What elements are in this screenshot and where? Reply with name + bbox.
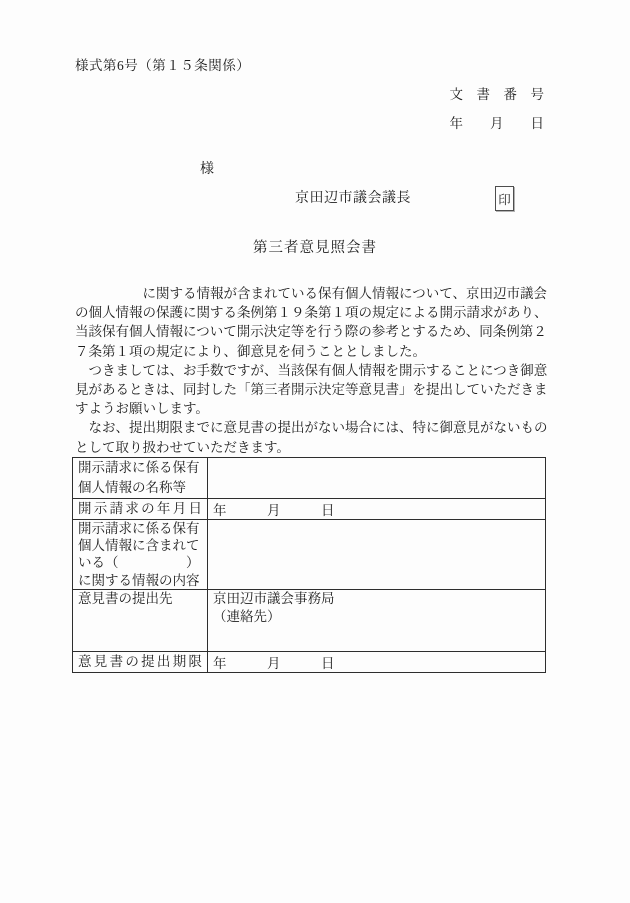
row-label-line: に関する情報の内容 (78, 572, 202, 589)
seal-character: 印 (498, 190, 511, 208)
row-label-line: 開示請求に係る保有 (78, 458, 202, 478)
addressee-suffix: 様 (200, 158, 214, 178)
row-value-line: 京田辺市議会事務局 (213, 590, 540, 609)
doc-number-line: 文 書 番 号 (450, 80, 545, 109)
body-line: 当該保有個人情報について開示決定等を行う際の参考とするため、同条例第２ (75, 322, 557, 341)
body-line: の個人情報の保護に関する条例第１９条第１項の規定による開示請求があり、 (75, 303, 557, 322)
inquiry-details-table: 開示請求に係る保有 個人情報の名称等 開示請求の年月日 年 月 日 開示請求に係… (72, 457, 546, 673)
body-line: に関する情報が含まれている保有個人情報について、京田辺市議会 (75, 284, 557, 303)
table-row: 開示請求に係る保有 個人情報の名称等 (73, 458, 546, 499)
table-row: 意見書の提出期限 年 月 日 (73, 651, 546, 672)
row-label-line: 意見書の提出期限 (78, 652, 202, 672)
row-label-line: 開示請求の年月日 (78, 499, 202, 519)
row-value-cell: 年 月 日 (208, 651, 546, 672)
page-title: 第三者意見照会書 (0, 236, 630, 257)
table-row: 意見書の提出先 京田辺市議会事務局 （連絡先） (73, 589, 546, 651)
form-number: 様式第6号（第１５条関係） (75, 54, 250, 74)
body-line: ７条第１項の規定により、御意見を伺うこととしました。 (75, 342, 557, 361)
row-label-line: いる（ ） (78, 554, 202, 571)
document-page: 様式第6号（第１５条関係） 文 書 番 号 年 月 日 様 京田辺市議会議長 印… (0, 0, 630, 903)
table-row: 開示請求に係る保有 個人情報に含まれて いる（ ） に関する情報の内容 (73, 520, 546, 590)
row-label-line: 個人情報に含まれて (78, 537, 202, 554)
body-line: として取り扱わせていただきます。 (75, 438, 557, 457)
row-label-line: 個人情報の名称等 (78, 478, 202, 498)
row-label-cell: 意見書の提出先 (73, 589, 208, 651)
row-value-cell (208, 520, 546, 590)
table-row: 開示請求の年月日 年 月 日 (73, 499, 546, 520)
row-label-line: 意見書の提出先 (78, 590, 202, 609)
sender-name: 京田辺市議会議長 (295, 187, 411, 207)
row-value-cell: 京田辺市議会事務局 （連絡先） (208, 589, 546, 651)
seal-placeholder-box: 印 (495, 186, 514, 211)
row-label-cell: 開示請求に係る保有 個人情報の名称等 (73, 458, 208, 499)
row-value-cell: 年 月 日 (208, 499, 546, 520)
row-label-cell: 開示請求の年月日 (73, 499, 208, 520)
body-line: つきましては、お手数ですが、当該保有個人情報を開示することにつき御意 (75, 361, 557, 380)
row-value-cell (208, 458, 546, 499)
body-line: なお、提出期限までに意見書の提出がない場合には、特に御意見がないもの (75, 418, 557, 437)
doc-date-line: 年 月 日 (450, 109, 545, 138)
document-meta-block: 文 書 番 号 年 月 日 (450, 80, 545, 138)
body-line: すようお願いします。 (75, 399, 557, 418)
row-label-cell: 開示請求に係る保有 個人情報に含まれて いる（ ） に関する情報の内容 (73, 520, 208, 590)
row-label-line: 開示請求に係る保有 (78, 520, 202, 537)
row-value-line: （連絡先） (213, 608, 540, 627)
body-line: 見があるときは、同封した「第三者開示決定等意見書」を提出していただきま (75, 380, 557, 399)
body-text: に関する情報が含まれている保有個人情報について、京田辺市議会 の個人情報の保護に… (75, 284, 557, 457)
row-label-cell: 意見書の提出期限 (73, 651, 208, 672)
